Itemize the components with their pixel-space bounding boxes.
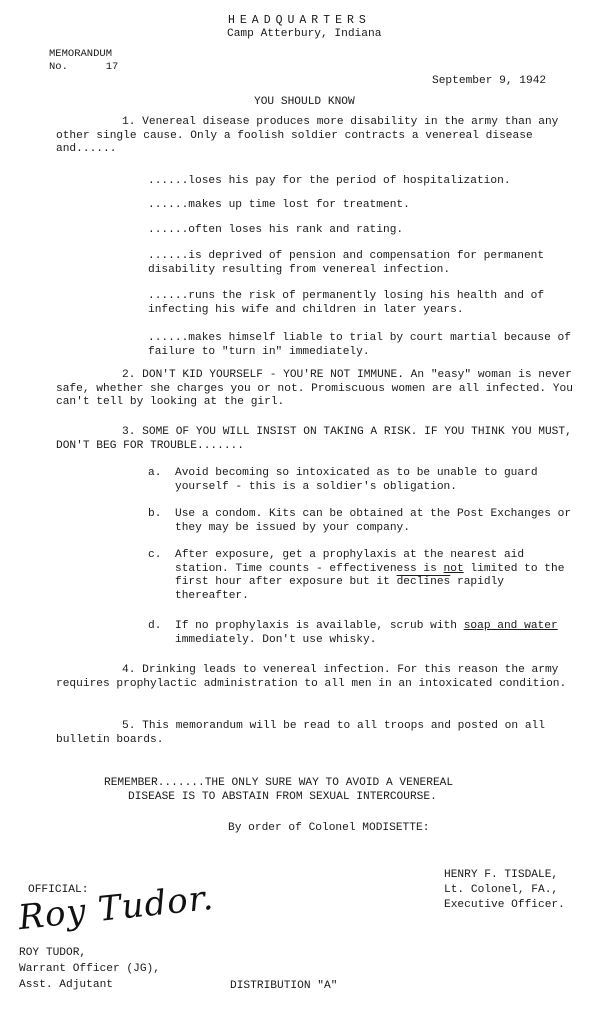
- consequence-4: ......is deprived of pension and compens…: [148, 250, 578, 277]
- precaution-c: c. After exposure, get a prophylaxis at …: [148, 549, 578, 603]
- paragraph-2-text: 2. DON'T KID YOURSELF - YOU'RE NOT IMMUN…: [56, 369, 573, 408]
- precaution-a-text: Avoid becoming so intoxicated as to be u…: [175, 467, 578, 494]
- signatory-title: Executive Officer.: [444, 899, 565, 913]
- emphasis-not: not: [444, 563, 464, 575]
- official-rank: Warrant Officer (JG),: [19, 963, 160, 977]
- consequence-2: ......makes up time lost for treatment.: [148, 199, 578, 213]
- official-name: ROY TUDOR,: [19, 947, 86, 961]
- memo-date: September 9, 1942: [432, 75, 546, 89]
- consequence-6: ......makes himself liable to trial by c…: [148, 332, 578, 359]
- signatory-rank: Lt. Colonel, FA.,: [444, 884, 558, 898]
- remember-line-1: REMEMBER.......THE ONLY SURE WAY TO AVOI…: [104, 777, 453, 791]
- consequence-1: ......loses his pay for the period of ho…: [148, 175, 578, 189]
- paragraph-3: 3. SOME OF YOU WILL INSIST ON TAKING A R…: [56, 426, 576, 453]
- signatory-name: HENRY F. TISDALE,: [444, 869, 558, 883]
- emphasis-declines: declines: [397, 576, 451, 588]
- distribution-line: DISTRIBUTION "A": [230, 980, 337, 994]
- headquarters-heading: HEADQUARTERS: [228, 14, 371, 28]
- paragraph-3-text: 3. SOME OF YOU WILL INSIST ON TAKING A R…: [56, 426, 572, 452]
- memo-label: MEMORANDUM: [49, 48, 112, 62]
- memo-number: No. 17: [49, 61, 118, 75]
- precaution-a-label: a.: [148, 467, 175, 494]
- precaution-d-label: d.: [148, 620, 175, 647]
- memo-title: YOU SHOULD KNOW: [254, 96, 355, 110]
- consequence-5: ......runs the risk of permanently losin…: [148, 290, 578, 317]
- precaution-b: b. Use a condom. Kits can be obtained at…: [148, 508, 578, 535]
- official-title: Asst. Adjutant: [19, 979, 113, 993]
- precaution-b-label: b.: [148, 508, 175, 535]
- paragraph-1: 1. Venereal disease produces more disabi…: [56, 116, 576, 157]
- paragraph-1-text: 1. Venereal disease produces more disabi…: [56, 116, 558, 155]
- paragraph-5-text: 5. This memorandum will be read to all t…: [56, 720, 545, 746]
- precaution-d: d. If no prophylaxis is available, scrub…: [148, 620, 578, 647]
- precaution-b-text: Use a condom. Kits can be obtained at th…: [175, 508, 578, 535]
- paragraph-5: 5. This memorandum will be read to all t…: [56, 720, 576, 747]
- paragraph-4-text: 4. Drinking leads to venereal infection.…: [56, 664, 566, 690]
- paragraph-4: 4. Drinking leads to venereal infection.…: [56, 664, 576, 691]
- consequence-3: ......often loses his rank and rating.: [148, 224, 578, 238]
- precaution-c-label: c.: [148, 549, 175, 603]
- precaution-d-text: If no prophylaxis is available, scrub wi…: [175, 620, 578, 647]
- remember-line-2: DISEASE IS TO ABSTAIN FROM SEXUAL INTERC…: [128, 791, 437, 805]
- emphasis-soap-and-water: soap and water: [464, 620, 558, 632]
- location: Camp Atterbury, Indiana: [227, 28, 381, 42]
- by-order-line: By order of Colonel MODISETTE:: [228, 822, 429, 836]
- precaution-c-text: After exposure, get a prophylaxis at the…: [175, 549, 578, 603]
- paragraph-2: 2. DON'T KID YOURSELF - YOU'RE NOT IMMUN…: [56, 369, 576, 410]
- precaution-a: a. Avoid becoming so intoxicated as to b…: [148, 467, 578, 494]
